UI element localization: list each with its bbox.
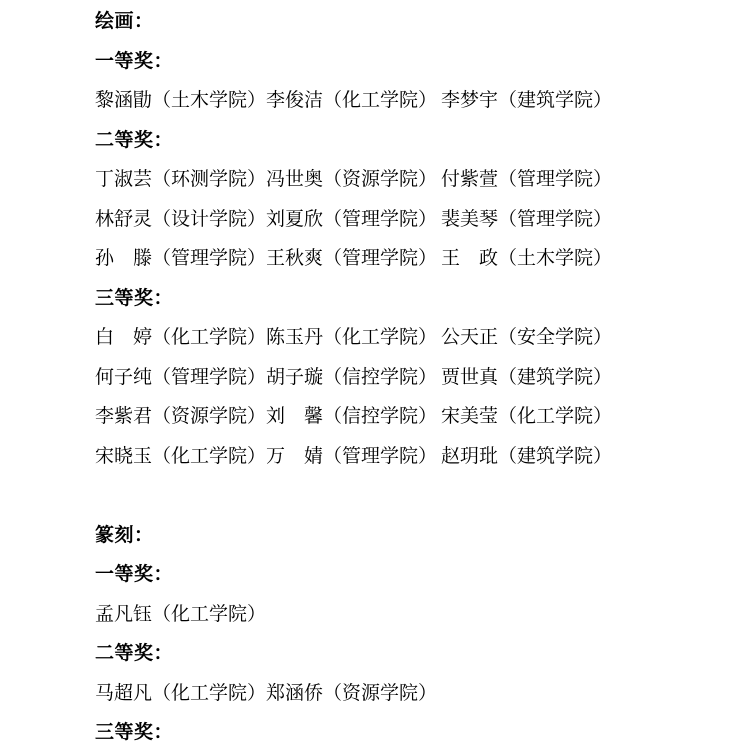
winners-row: 林舒灵（设计学院）刘夏欣（管理学院）裴美琴（管理学院） <box>95 200 745 240</box>
winners-row: 丁淑芸（环测学院）冯世奥（资源学院）付紫萱（管理学院） <box>95 160 745 200</box>
winner-entry: 宋美莹（化工学院） <box>441 407 745 426</box>
winner-entry: 丁淑芸（环测学院） <box>95 170 266 189</box>
winner-entry: 冯世奥（资源学院） <box>266 170 441 189</box>
winners-row: 何子纯（管理学院）胡子璇（信控学院）贾世真（建筑学院） <box>95 358 745 398</box>
winner-entry: 宋晓玉（化工学院） <box>95 447 266 466</box>
winner-entry: 黎涵勖（土木学院） <box>95 91 266 110</box>
winners-row: 宋晓玉（化工学院）万 婧（管理学院）赵玥玭（建筑学院） <box>95 437 745 477</box>
winners-row: 马超凡（化工学院）郑涵侨（资源学院） <box>95 674 745 714</box>
winner-entry: 林舒灵（设计学院） <box>95 210 266 229</box>
winner-entry: 赵玥玭（建筑学院） <box>441 447 745 466</box>
award-level-label: 一等奖： <box>95 42 745 82</box>
section-title: 篆刻： <box>95 516 745 556</box>
award-list: 绘画：一等奖：黎涵勖（土木学院）李俊洁（化工学院）李梦宇（建筑学院）二等奖：丁淑… <box>95 2 745 752</box>
winners-row: 白 婷（化工学院）陈玉丹（化工学院）公天正（安全学院） <box>95 318 745 358</box>
winner-entry: 何子纯（管理学院） <box>95 368 266 387</box>
award-level-label: 一等奖： <box>95 555 745 595</box>
section-title: 绘画： <box>95 2 745 42</box>
winner-entry: 白 婷（化工学院） <box>95 328 266 347</box>
award-level-label: 三等奖： <box>95 279 745 319</box>
winner-entry: 李梦宇（建筑学院） <box>441 91 745 110</box>
winner-entry: 王 政（土木学院） <box>441 249 745 268</box>
winner-entry: 王秋爽（管理学院） <box>266 249 441 268</box>
document-page: 绘画：一等奖：黎涵勖（土木学院）李俊洁（化工学院）李梦宇（建筑学院）二等奖：丁淑… <box>0 0 745 752</box>
winner-entry: 马超凡（化工学院） <box>95 684 266 703</box>
prize-section: 篆刻：一等奖：孟凡钰（化工学院）二等奖：马超凡（化工学院）郑涵侨（资源学院）三等… <box>95 516 745 752</box>
winner-entry: 贾世真（建筑学院） <box>441 368 745 387</box>
winner-entry: 万 婧（管理学院） <box>266 447 441 466</box>
winners-row: 黎涵勖（土木学院）李俊洁（化工学院）李梦宇（建筑学院） <box>95 81 745 121</box>
winner-entry: 胡子璇（信控学院） <box>266 368 441 387</box>
winner-entry: 孟凡钰（化工学院） <box>95 605 266 624</box>
award-level-label: 三等奖： <box>95 713 745 752</box>
winners-row: 李紫君（资源学院）刘 馨（信控学院）宋美莹（化工学院） <box>95 397 745 437</box>
award-level-label: 二等奖： <box>95 121 745 161</box>
winner-entry: 陈玉丹（化工学院） <box>266 328 441 347</box>
winner-entry: 刘 馨（信控学院） <box>266 407 441 426</box>
winner-entry: 付紫萱（管理学院） <box>441 170 745 189</box>
winner-entry: 李俊洁（化工学院） <box>266 91 441 110</box>
award-level-label: 二等奖： <box>95 634 745 674</box>
winner-entry: 李紫君（资源学院） <box>95 407 266 426</box>
winner-entry: 裴美琴（管理学院） <box>441 210 745 229</box>
winner-entry: 公天正（安全学院） <box>441 328 745 347</box>
winners-row: 孙 滕（管理学院）王秋爽（管理学院）王 政（土木学院） <box>95 239 745 279</box>
winner-entry: 孙 滕（管理学院） <box>95 249 266 268</box>
prize-section: 绘画：一等奖：黎涵勖（土木学院）李俊洁（化工学院）李梦宇（建筑学院）二等奖：丁淑… <box>95 2 745 476</box>
winner-entry: 郑涵侨（资源学院） <box>266 684 441 703</box>
winner-entry: 刘夏欣（管理学院） <box>266 210 441 229</box>
winners-row: 孟凡钰（化工学院） <box>95 595 745 635</box>
